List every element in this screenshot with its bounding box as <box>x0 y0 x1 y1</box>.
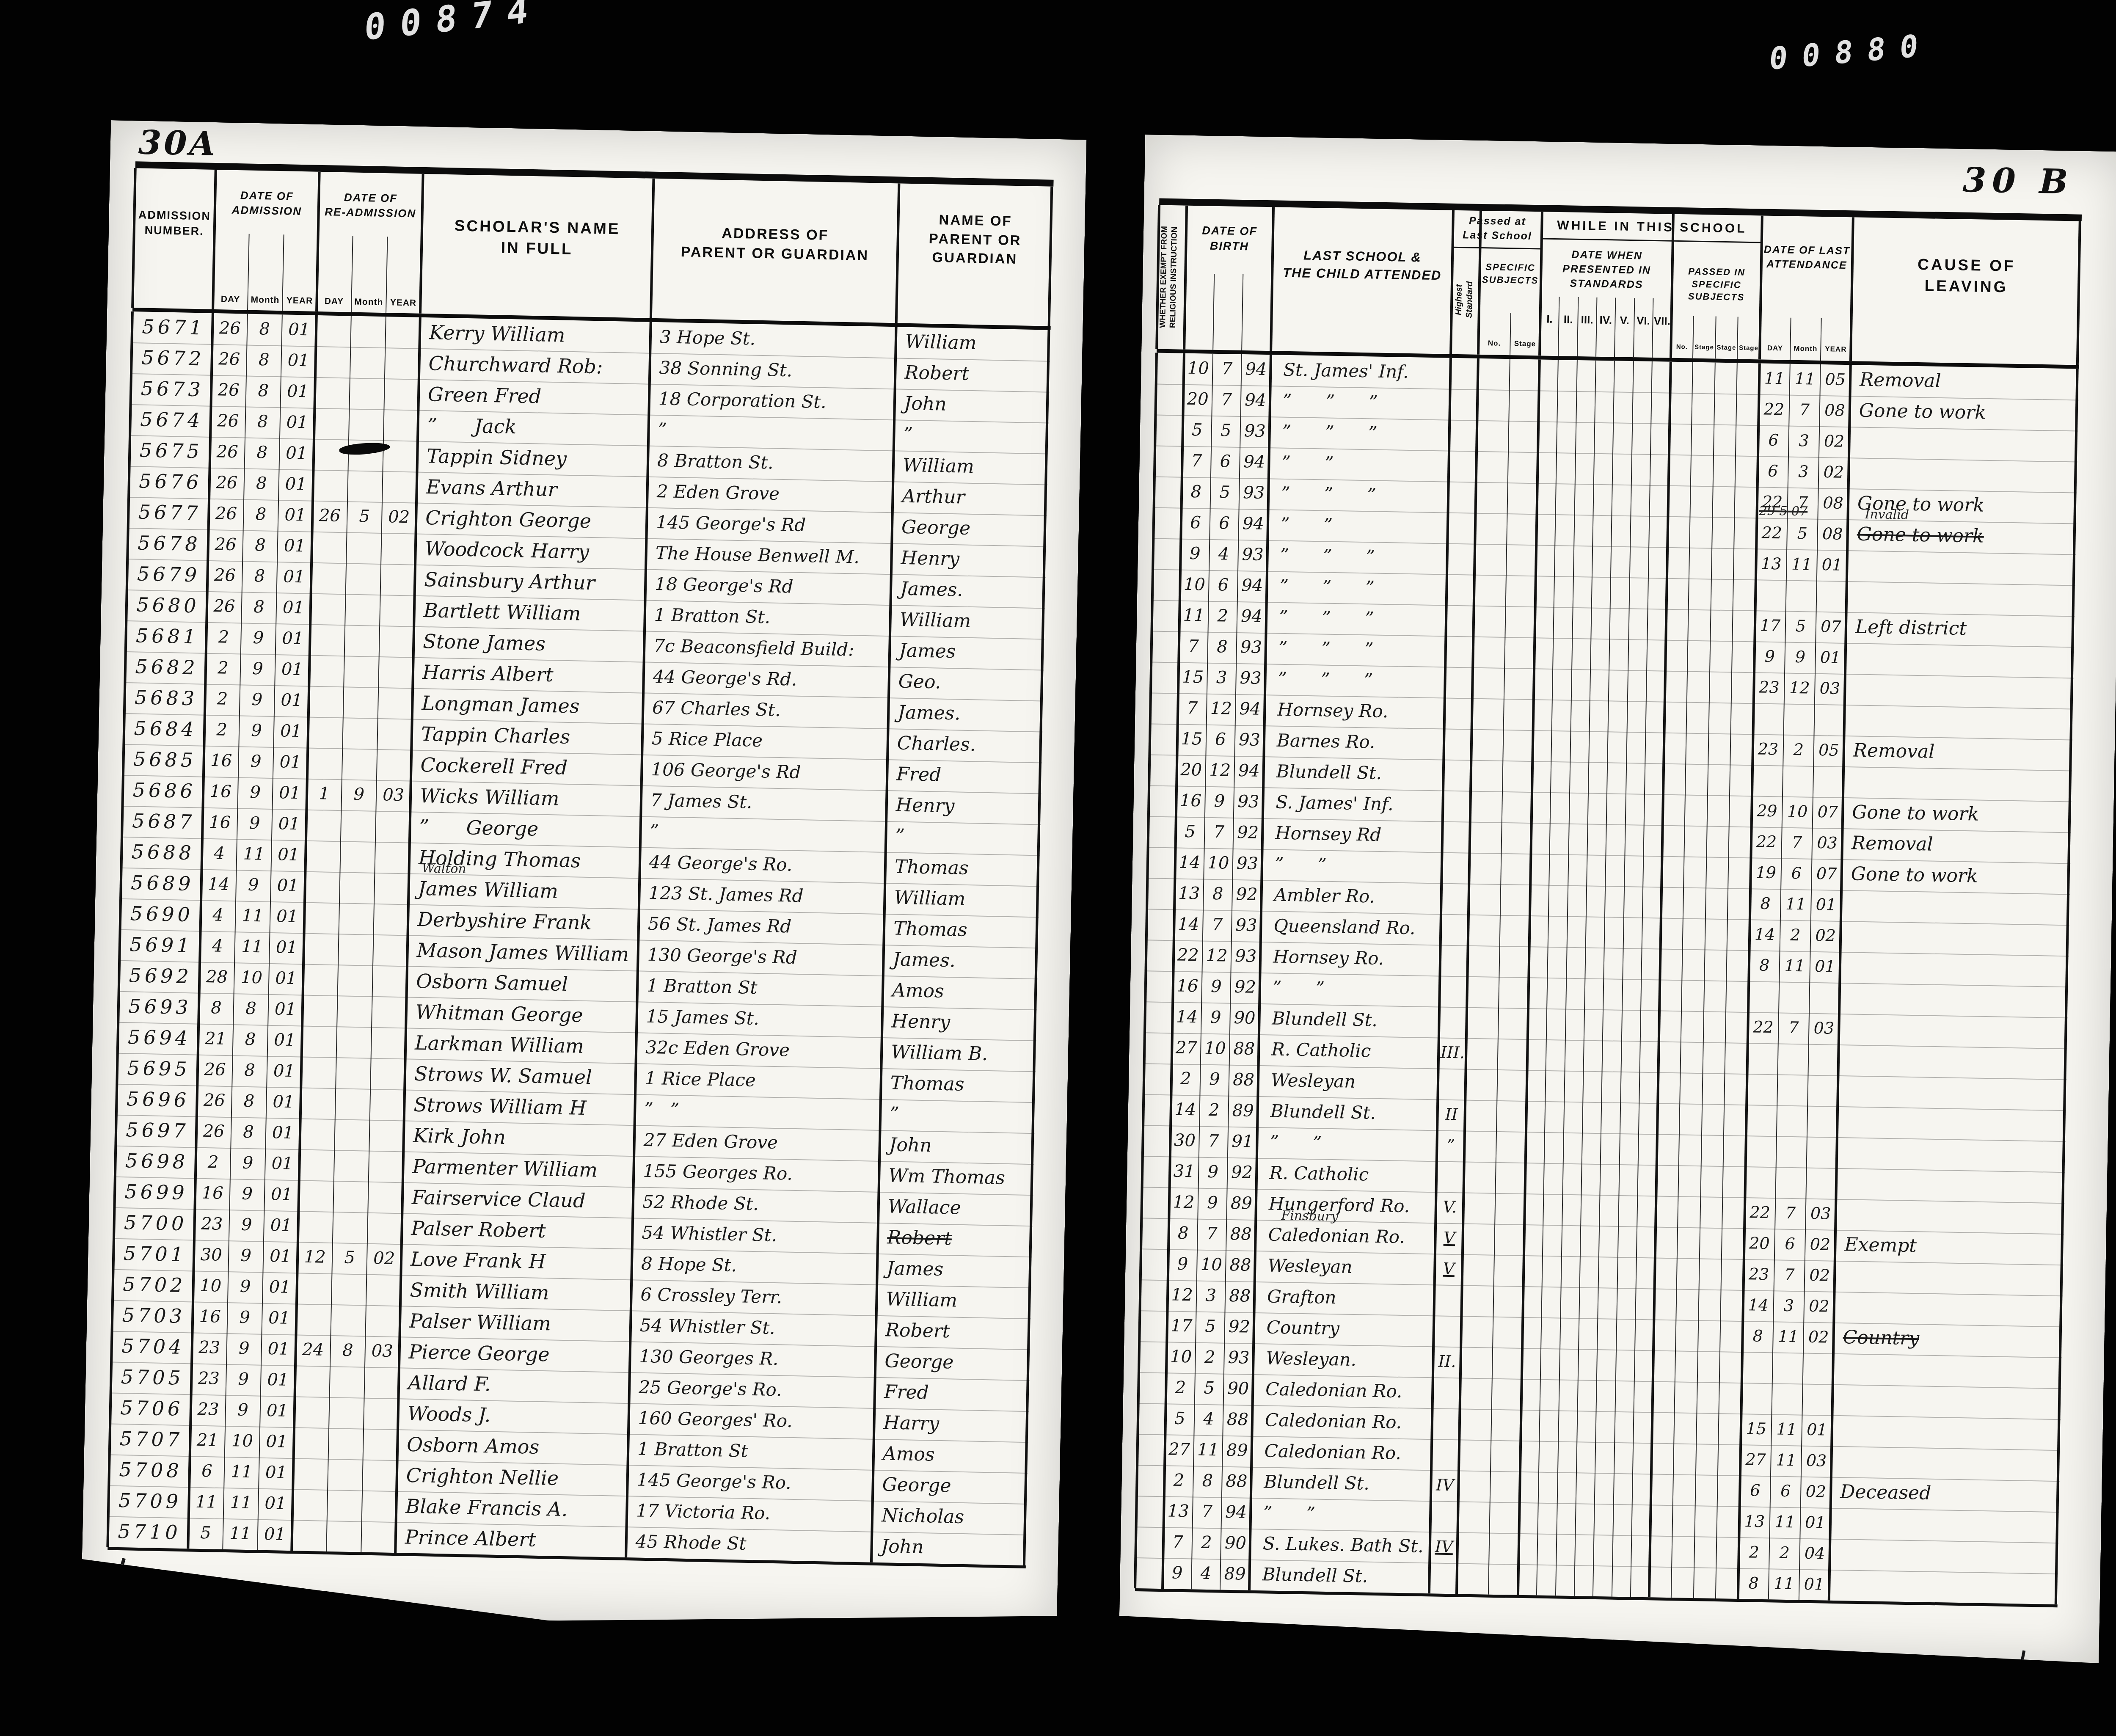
readmission-month-cell <box>331 1273 366 1305</box>
last-attendance-month-cell: 6 <box>1770 1476 1801 1507</box>
readmission-year-cell <box>363 1429 398 1460</box>
last-attendance-month-cell <box>1776 1136 1807 1167</box>
admission-number-cell: 5694 <box>122 1022 197 1055</box>
last-attendance-month-cell: 2 <box>1780 920 1811 951</box>
highest-standard-cell <box>1447 543 1475 575</box>
birth-day-cell: 2 <box>1164 1465 1193 1496</box>
admission-number-cell: 5688 <box>126 837 201 869</box>
readmission-day-cell <box>293 1458 328 1490</box>
last-attendance-day-cell <box>1747 1074 1777 1105</box>
address-cell: 7 James St. <box>650 785 885 821</box>
highest-standard-cell <box>1431 1439 1460 1470</box>
admission-number-cell: 5680 <box>130 590 205 622</box>
highest-standard-cell <box>1450 358 1479 389</box>
birth-month-cell: 7 <box>1199 1126 1228 1157</box>
admission-day-cell: 16 <box>204 746 239 777</box>
last-attendance-year-cell: 04 <box>1799 1538 1830 1570</box>
admission-number-cell: 5706 <box>114 1393 189 1425</box>
parent-name-cell: Henry <box>901 543 1045 577</box>
last-attendance-day-cell: 22 <box>1751 827 1782 858</box>
admission-month-cell: 8 <box>243 499 278 531</box>
readmission-month-cell <box>349 378 384 409</box>
header-while-in-this-school: WHILE IN THIS SCHOOL <box>1542 217 1762 238</box>
readmission-day-cell <box>299 1149 334 1181</box>
readmission-year-cell <box>377 749 411 781</box>
readmission-month-cell <box>335 1088 370 1120</box>
birth-day-cell: 11 <box>1179 601 1209 632</box>
readmission-month-cell <box>340 841 375 873</box>
birth-month-cell: 9 <box>1200 1064 1229 1096</box>
last-attendance-month-cell: 7 <box>1789 395 1820 426</box>
last-school-cell: Blundell St. <box>1270 1097 1436 1130</box>
admission-month-cell: 8 <box>231 1086 267 1118</box>
cause-of-leaving-cell <box>1844 1261 2056 1295</box>
last-attendance-day-cell: 13 <box>1739 1506 1770 1538</box>
header-rule <box>1452 247 1541 250</box>
birth-day-cell: 10 <box>1184 353 1213 385</box>
address-cell: 54 Whistler St. <box>639 1311 874 1346</box>
admission-day-cell: 26 <box>207 560 242 592</box>
birth-day-cell: 5 <box>1165 1403 1194 1435</box>
scholar-name-cell: ” George <box>419 812 639 847</box>
highest-standard-cell <box>1446 574 1475 606</box>
admission-number-cell: 5696 <box>121 1084 196 1116</box>
last-attendance-year-cell: 05 <box>1820 364 1850 396</box>
birth-month-cell: 9 <box>1198 1188 1227 1219</box>
admission-month-cell: 8 <box>233 1024 268 1056</box>
last-attendance-year-cell: 02 <box>1819 426 1849 457</box>
cause-of-leaving-cell <box>1854 643 2066 678</box>
admission-year-cell: 01 <box>272 809 306 840</box>
cause-of-leaving-cell <box>1850 890 2062 925</box>
birth-day-cell: 8 <box>1182 477 1211 508</box>
pen-tick-mark <box>116 1558 126 1583</box>
register-page-right: 30 B WHETHER EXEMPT FROM RELIGIOUS INSTR… <box>1119 135 2116 1663</box>
admission-year-cell: 01 <box>261 1365 295 1397</box>
address-cell: 145 George's Ro. <box>636 1465 871 1501</box>
cause-of-leaving-cell <box>1841 1384 2053 1419</box>
readmission-year-cell <box>375 811 410 843</box>
parent-name-cell: James. <box>900 574 1044 608</box>
column-rule <box>1820 318 1822 361</box>
cause-of-leaving-cell <box>1841 1415 2053 1450</box>
readmission-day-cell <box>310 593 345 625</box>
scholar-name-cell: Stone James <box>423 626 643 661</box>
admission-number-cell: 5671 <box>136 311 211 344</box>
last-attendance-year-cell <box>1807 1075 1838 1106</box>
birth-month-cell: 5 <box>1211 416 1240 447</box>
cause-of-leaving-cell: Gone to work <box>1852 797 2064 832</box>
highest-standard-cell <box>1444 729 1472 760</box>
admission-day-cell: 16 <box>202 807 237 839</box>
admission-number-cell: 5673 <box>135 373 210 406</box>
scholar-name-cell: Kerry William <box>429 317 649 353</box>
highest-standard-cell <box>1448 482 1477 513</box>
admission-month-cell: 8 <box>246 345 281 377</box>
admission-year-cell: 01 <box>259 1427 294 1458</box>
last-attendance-year-cell: 02 <box>1805 1260 1835 1292</box>
address-cell: 155 Georges Ro. <box>643 1156 878 1192</box>
admission-month-cell: 8 <box>231 1117 266 1149</box>
readmission-month-cell <box>349 408 384 440</box>
last-attendance-year-cell: 08 <box>1819 395 1850 427</box>
birth-year-cell: 92 <box>1230 972 1260 1003</box>
parent-name-cell: Charles. <box>897 729 1041 763</box>
readmission-month-cell <box>338 934 373 965</box>
admission-year-cell: 01 <box>275 654 309 686</box>
readmission-day-cell <box>302 995 337 1027</box>
parent-name-cell: George <box>882 1470 1026 1504</box>
admission-day-cell: 11 <box>189 1487 224 1518</box>
last-attendance-day-cell: 22 <box>1744 1197 1775 1229</box>
admission-number-cell: 5689 <box>125 868 200 900</box>
address-cell: 1 Bratton St <box>646 971 881 1006</box>
scholar-name-cell: Fairservice Claud <box>411 1182 632 1218</box>
standard-numeral: IV. <box>1596 313 1615 328</box>
header-date-of-admission: DATE OF ADMISSION <box>215 187 319 219</box>
last-attendance-year-cell: 03 <box>1812 828 1842 859</box>
admission-year-cell: 01 <box>262 1303 297 1335</box>
admission-day-cell: 28 <box>199 962 234 994</box>
readmission-month-cell <box>342 748 377 780</box>
birth-year-cell: 93 <box>1238 540 1267 571</box>
last-school-cell: Blundell St. <box>1272 1004 1438 1038</box>
readmission-year-cell <box>362 1460 397 1491</box>
admission-month-cell: 9 <box>229 1210 264 1241</box>
admission-year-cell: 01 <box>268 994 303 1026</box>
admission-year-cell: 01 <box>269 932 304 964</box>
readmission-day-cell <box>305 840 340 872</box>
last-attendance-day-cell: 17 <box>1755 610 1785 642</box>
admission-day-cell: 23 <box>190 1394 226 1426</box>
readmission-year-cell <box>366 1274 401 1306</box>
last-attendance-day-cell: 20 <box>1744 1228 1775 1259</box>
admissions-table-body: 567126801Kerry William3 Hope St.William5… <box>107 311 1050 1568</box>
readmission-month-cell <box>334 1150 369 1182</box>
highest-standard-cell <box>1436 1161 1465 1192</box>
readmission-day-cell <box>306 810 341 841</box>
cause-of-leaving-cell <box>1847 1044 2059 1079</box>
birth-year-cell: 94 <box>1238 509 1268 540</box>
birth-day-cell: 2 <box>1166 1372 1195 1404</box>
birth-day-cell: 31 <box>1170 1156 1199 1188</box>
readmission-day-cell <box>311 532 347 563</box>
last-attendance-month-cell: 11 <box>1769 1507 1800 1538</box>
cause-of-leaving-cell <box>1856 581 2068 616</box>
last-attendance-year-cell <box>1813 766 1843 797</box>
birth-day-cell: 14 <box>1175 848 1204 879</box>
last-school-cell: ” ” <box>1281 448 1448 482</box>
admission-number-cell: 5701 <box>118 1238 193 1271</box>
birth-year-cell: 90 <box>1221 1528 1250 1560</box>
last-school-cell: Blundell St. <box>1264 1467 1430 1501</box>
scholar-name-cell: Cockerell Fred <box>420 750 641 785</box>
birth-year-cell: 90 <box>1223 1374 1253 1405</box>
highest-standard-cell <box>1446 605 1474 637</box>
last-attendance-year-cell: 03 <box>1801 1446 1832 1477</box>
cause-of-leaving-cell <box>1838 1570 2050 1604</box>
readmission-year-cell <box>369 1120 404 1152</box>
highest-standard-cell: ” <box>1437 1130 1465 1161</box>
parent-name-cell: Henry <box>895 791 1040 824</box>
address-cell: ” ” <box>644 1094 879 1130</box>
highest-standard-cell <box>1449 389 1478 420</box>
last-attendance-month-cell: 10 <box>1782 796 1813 828</box>
highest-standard-cell: IV <box>1430 1532 1458 1563</box>
last-attendance-day-cell: 27 <box>1740 1444 1771 1476</box>
highest-standard-cell <box>1439 1006 1467 1038</box>
scholar-name-cell: Parmenter William <box>412 1152 633 1187</box>
scholar-name-cell: Larkman William <box>415 1028 635 1063</box>
last-attendance-day-cell: 6 <box>1740 1475 1771 1507</box>
last-school-cell: ” ” ” <box>1278 633 1444 667</box>
birth-day-cell: 7 <box>1182 446 1211 477</box>
birth-day-cell: 10 <box>1166 1342 1196 1373</box>
last-school-cell: ” ” <box>1263 1498 1430 1532</box>
parent-name-cell: ” <box>895 821 1039 855</box>
scholar-name-cell: Palser William <box>409 1306 629 1341</box>
admission-month-cell: 11 <box>237 839 272 871</box>
readmission-day-cell: 1 <box>306 779 342 810</box>
parent-name-cell: Harry <box>883 1408 1028 1442</box>
readmission-day-cell <box>300 1118 335 1150</box>
parent-name-cell: ” <box>903 420 1047 454</box>
last-school-cell: Hornsey Rd <box>1275 818 1441 852</box>
last-attendance-day-cell: 6 <box>1758 456 1788 487</box>
readmission-year-cell <box>370 1089 405 1121</box>
last-attendance-day-cell <box>1745 1166 1776 1198</box>
highest-standard-cell <box>1429 1562 1458 1594</box>
last-school-cell: R. Catholic <box>1271 1035 1438 1069</box>
readmission-year-cell: 03 <box>376 780 411 812</box>
birth-month-cell: 10 <box>1197 1250 1226 1281</box>
scholar-name-cell: Kirk John <box>413 1121 633 1156</box>
admission-day-cell: 23 <box>194 1209 229 1241</box>
last-attendance-day-cell <box>1741 1383 1772 1414</box>
header-admission-year: YEAR <box>282 295 317 307</box>
admission-month-cell: 9 <box>226 1333 262 1365</box>
address-cell: 32c Eden Grove <box>645 1033 880 1068</box>
scholar-name-cell: Strows William H <box>413 1090 634 1125</box>
highest-standard-cell <box>1440 945 1468 976</box>
last-attendance-year-cell <box>1806 1168 1836 1199</box>
last-school-cell: ” ” ” <box>1282 386 1449 420</box>
header-rule <box>1542 238 1762 243</box>
address-cell: 18 George's Rd <box>654 569 889 605</box>
highest-standard-cell <box>1430 1501 1458 1532</box>
readmission-day-cell <box>304 902 339 934</box>
last-attendance-year-cell <box>1802 1384 1832 1415</box>
readmission-day-cell <box>311 562 346 594</box>
admission-month-cell: 9 <box>238 746 273 778</box>
header-date-of-birth: DATE OF BIRTH <box>1186 223 1273 255</box>
last-attendance-year-cell: 01 <box>1802 1415 1832 1446</box>
parent-name-cell: George <box>884 1346 1029 1380</box>
birth-year-cell: 93 <box>1239 478 1269 509</box>
admission-month-cell: 8 <box>245 376 281 408</box>
cause-of-leaving-cell <box>1853 705 2065 739</box>
highest-standard-cell <box>1433 1315 1462 1347</box>
cause-of-leaving-cell <box>1846 1106 2058 1141</box>
pen-tick-mark <box>2018 1651 2025 1673</box>
readmission-month-cell <box>331 1304 366 1336</box>
last-attendance-day-cell <box>1748 981 1779 1012</box>
admission-year-cell: 01 <box>267 1056 301 1088</box>
readmission-month-cell <box>350 316 386 347</box>
readmission-year-cell: 02 <box>366 1243 401 1275</box>
address-cell: 2 Eden Grove <box>656 477 891 512</box>
highest-standard-cell: V <box>1435 1254 1463 1285</box>
parent-name-cell: Geo. <box>898 667 1042 701</box>
readmission-day-cell <box>294 1427 329 1459</box>
birth-day-cell: 5 <box>1176 817 1205 848</box>
address-cell: 17 Victoria Ro. <box>636 1496 871 1532</box>
header-date-of-last-attendance: DATE OF LAST ATTENDANCE <box>1761 242 1853 273</box>
admission-number-cell: 5692 <box>123 960 198 993</box>
cause-of-leaving-cell <box>1839 1539 2051 1573</box>
admission-number-cell: 5697 <box>120 1115 195 1147</box>
scholar-name-cell: Churchward Rob: <box>428 348 649 383</box>
admission-number-cell: 5684 <box>128 713 203 746</box>
last-school-cell: Caledonian Ro. <box>1264 1436 1430 1470</box>
readmission-month-cell <box>327 1490 362 1521</box>
cause-of-leaving-cell <box>1856 550 2068 585</box>
admission-month-cell: 9 <box>236 870 271 901</box>
standard-numeral: VII. <box>1653 314 1672 329</box>
birth-day-cell: 12 <box>1168 1280 1197 1311</box>
birth-year-cell: 93 <box>1234 725 1264 756</box>
scholar-name-cell: Crighton George <box>425 503 646 538</box>
birth-year-cell: 91 <box>1228 1127 1257 1158</box>
birth-day-cell: 14 <box>1172 1002 1201 1033</box>
last-attendance-year-cell: 01 <box>1815 642 1846 674</box>
last-attendance-month-cell: 3 <box>1773 1290 1804 1322</box>
admission-day-cell: 2 <box>204 715 239 747</box>
parent-name-cell: William <box>905 327 1049 361</box>
admission-month-cell: 9 <box>237 777 273 809</box>
readmission-year-cell <box>362 1491 397 1522</box>
cause-of-leaving-cell: Removal <box>1859 365 2071 400</box>
column-rule <box>1241 274 1243 350</box>
last-attendance-year-cell: 08 <box>1818 488 1848 519</box>
last-attendance-month-cell <box>1779 981 1810 1013</box>
admission-number-cell: 5702 <box>117 1269 192 1302</box>
admission-day-cell: 23 <box>192 1332 227 1364</box>
address-cell: 45 Rhode St <box>635 1527 870 1562</box>
readmission-day-cell <box>310 624 345 656</box>
admission-day-cell: 26 <box>210 437 245 468</box>
last-attendance-year-cell: 01 <box>1811 890 1841 921</box>
birth-month-cell: 6 <box>1210 508 1239 540</box>
readmission-day-cell <box>314 377 350 409</box>
parent-name-cell: Amos <box>882 1439 1027 1473</box>
parent-name-cell: Thomas <box>893 914 1037 948</box>
birth-day-cell: 13 <box>1164 1496 1193 1527</box>
readmission-year-cell <box>364 1398 398 1430</box>
cause-of-leaving-cell: Exempt <box>1844 1230 2056 1265</box>
scholar-name-cell: Strows W. Samuel <box>414 1059 634 1094</box>
birth-month-cell: 10 <box>1201 1033 1230 1065</box>
scholar-name-cell: James William <box>418 874 638 909</box>
admission-day-cell: 5 <box>188 1518 223 1549</box>
admission-year-cell: 01 <box>271 840 306 871</box>
birth-month-cell: 12 <box>1207 694 1236 725</box>
admission-day-cell: 2 <box>205 653 240 685</box>
admission-number-cell: 5672 <box>135 342 210 375</box>
cause-of-leaving-cell: Country <box>1843 1323 2055 1357</box>
admission-month-cell: 8 <box>247 314 282 346</box>
last-school-cell: Hornsey Ro. <box>1273 942 1439 976</box>
header-address: ADDRESS OF PARENT OR GUARDIAN <box>652 223 898 266</box>
admission-number-cell: 5693 <box>122 991 197 1024</box>
register-page-left: 30A ADMISSION NUMBER. DATE OF ADMISSION … <box>81 120 1086 1631</box>
film-frame-number-right: 00880 <box>1768 27 1934 77</box>
address-cell: 6 Crossley Terr. <box>640 1280 875 1315</box>
last-school-cell: ” ” <box>1272 973 1438 1007</box>
last-school-cell: Queensland Ro. <box>1273 911 1440 945</box>
admission-number-cell: 5679 <box>131 559 206 591</box>
header-cause-of-leaving: CAUSE OF LEAVING <box>1852 253 2081 299</box>
last-school-cell: Blundell St. <box>1276 757 1442 791</box>
standard-numeral: II. <box>1559 312 1578 327</box>
birth-month-cell: 7 <box>1203 910 1232 941</box>
readmission-day-cell <box>305 871 340 903</box>
scholar-name-cell: ” Jack <box>427 410 647 445</box>
last-attendance-day-cell: 19 <box>1750 857 1781 889</box>
last-school-cell: S. James' Inf. <box>1276 788 1442 821</box>
admission-day-cell: 16 <box>193 1301 228 1333</box>
birth-day-cell: 20 <box>1183 384 1212 416</box>
header-date-when-presented: DATE WHEN PRESENTED IN STANDARDS <box>1541 247 1673 292</box>
column-rule <box>1510 313 1511 355</box>
admission-day-cell: 26 <box>210 406 245 438</box>
admission-year-cell: 01 <box>273 747 308 779</box>
address-cell: 67 Charles St. <box>652 693 887 728</box>
cause-of-leaving-cell <box>1849 952 2061 986</box>
admission-number-cell: 5691 <box>124 929 198 962</box>
birth-year-cell: 94 <box>1240 385 1270 416</box>
standard-numeral: V. <box>1615 313 1634 328</box>
parent-name-cell: James. <box>893 945 1037 978</box>
admission-year-cell: 01 <box>266 1087 301 1119</box>
readmission-month-cell <box>345 594 380 626</box>
birth-day-cell: 7 <box>1163 1527 1192 1558</box>
readmission-day-cell <box>307 748 342 780</box>
scholar-name-cell: Wicks William <box>419 781 640 816</box>
address-cell: 123 St. James Rd <box>648 878 883 914</box>
admission-day-cell: 16 <box>203 777 238 808</box>
birth-year-cell: 94 <box>1237 570 1267 602</box>
parent-name-cell: John <box>889 1130 1033 1164</box>
admission-number-cell: 5676 <box>133 466 208 499</box>
last-attendance-month-cell: 6 <box>1774 1229 1805 1260</box>
birth-month-cell: 12 <box>1202 941 1232 972</box>
last-attendance-day-cell <box>1742 1352 1773 1383</box>
last-attendance-day-cell: 8 <box>1749 950 1780 981</box>
birth-day-cell: 10 <box>1180 570 1209 601</box>
page-number-right: 30 B <box>1962 160 2074 202</box>
birth-year-cell: 89 <box>1222 1436 1252 1467</box>
parent-name-cell: Nicholas <box>881 1501 1025 1535</box>
admission-day-cell: 2 <box>205 684 240 716</box>
readmission-day-cell <box>292 1489 328 1521</box>
readmission-month-cell: 5 <box>332 1243 367 1274</box>
readmission-day-cell <box>308 717 343 749</box>
parent-name-cell: William <box>899 605 1044 639</box>
last-attendance-year-cell: 02 <box>1805 1229 1835 1261</box>
header-passed-stage: Stage <box>1693 343 1715 352</box>
admission-month-cell: 9 <box>241 623 276 654</box>
